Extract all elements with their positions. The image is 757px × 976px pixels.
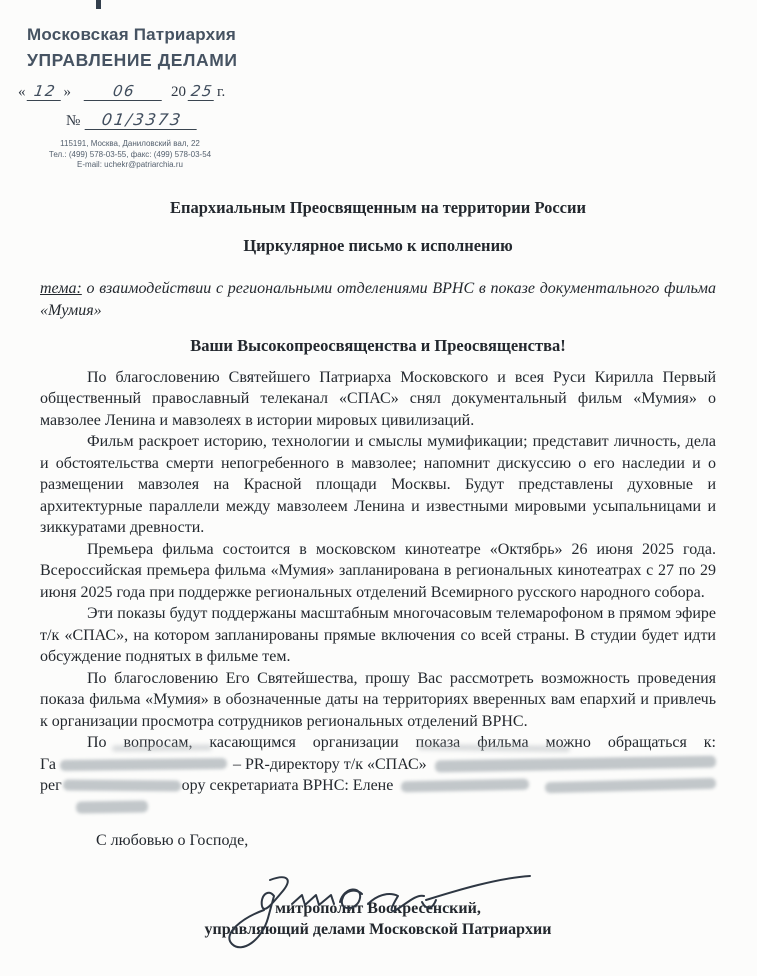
address-block: 115191, Москва, Даниловский вал, 22 Тел.… xyxy=(12,139,248,171)
paragraph-2: Фильм раскроет историю, технологии и смы… xyxy=(40,431,716,539)
date-day-handwritten: 12 xyxy=(26,82,63,101)
redaction-smudge xyxy=(63,780,181,792)
redaction-smudge xyxy=(60,758,227,771)
smudge-artifact xyxy=(112,744,212,751)
letterhead-emblem-fragment xyxy=(96,0,101,9)
document-number-line: № 01/3373 xyxy=(66,110,198,130)
date-year-suffix: г. xyxy=(217,84,225,101)
redaction-smudge xyxy=(76,801,148,814)
date-year-prefix: 20 xyxy=(171,84,186,101)
contacts-intro-line: По вопросам, касающимся организации пока… xyxy=(40,732,716,754)
number-value-handwritten: 01/3373 xyxy=(85,110,200,130)
date-year-handwritten: 25 xyxy=(188,82,217,101)
redaction-smudge xyxy=(435,756,717,773)
scanned-letter-page: Московская Патриархия УПРАВЛЕНИЕ ДЕЛАМИ … xyxy=(0,0,757,976)
date-quote-open: « xyxy=(18,84,26,101)
subject-line: тема: о взаимодействии с региональными о… xyxy=(40,278,716,321)
paragraph-5: По благословению Его Святейшества, прошу… xyxy=(40,668,716,733)
phone-line: Тел.: (499) 578-03-55, факс: (499) 578-0… xyxy=(12,150,248,161)
date-line: « 12 » 06 20 25 г. xyxy=(18,82,278,101)
subject-text: о взаимодействии с региональными отделен… xyxy=(40,280,716,319)
letter-body: Епархиальным Преосвященным на территории… xyxy=(40,197,716,940)
salutation: Ваши Высокопреосвященства и Преосвященст… xyxy=(40,335,716,357)
contact-line-pr-director: Га – PR-директору т/к «СПАС» xyxy=(40,754,716,776)
contact-role-fragment: рег xyxy=(40,775,62,797)
contact-name-fragment: Га xyxy=(40,754,56,776)
address-line: 115191, Москва, Даниловский вал, 22 xyxy=(12,139,248,150)
contact-role-text: – PR-директору т/к «СПАС» xyxy=(233,754,427,776)
contact-role-text-2: ору секретариата ВРНС: Елене xyxy=(182,775,394,797)
contact-line-vrns-curator: рег ору секретариата ВРНС: Елене xyxy=(40,775,716,797)
closing-phrase: С любовью о Господе, xyxy=(96,830,716,852)
signer-block: митрополит Воскресенский, управляющий де… xyxy=(40,898,716,940)
redaction-smudge xyxy=(401,779,529,793)
date-month-handwritten: 06 xyxy=(84,82,165,101)
org-department: УПРАВЛЕНИЕ ДЕЛАМИ xyxy=(27,50,238,71)
paragraph-4: Эти показы будут поддержаны масштабным м… xyxy=(40,603,716,668)
paragraph-3: Премьера фильма состоится в московском к… xyxy=(40,539,716,604)
signer-role: управляющий делами Московской Патриархии xyxy=(40,919,716,940)
redaction-smudge xyxy=(545,778,716,793)
addressee-heading: Епархиальным Преосвященным на территории… xyxy=(40,197,716,219)
email-line: E-mail: uchekr@patriarchia.ru xyxy=(12,160,248,171)
number-label: № xyxy=(66,113,80,130)
contact-line-redacted xyxy=(40,797,716,819)
subject-label: тема: xyxy=(40,280,82,297)
date-quote-close: » xyxy=(64,84,72,101)
org-name: Московская Патриархия xyxy=(27,25,238,45)
paragraph-1: По благословению Святейшего Патриарха Мо… xyxy=(40,367,716,432)
signer-title: митрополит Воскресенский, xyxy=(40,898,716,919)
letterhead: Московская Патриархия УПРАВЛЕНИЕ ДЕЛАМИ xyxy=(27,25,238,71)
doc-type-heading: Циркулярное письмо к исполнению xyxy=(40,235,716,257)
